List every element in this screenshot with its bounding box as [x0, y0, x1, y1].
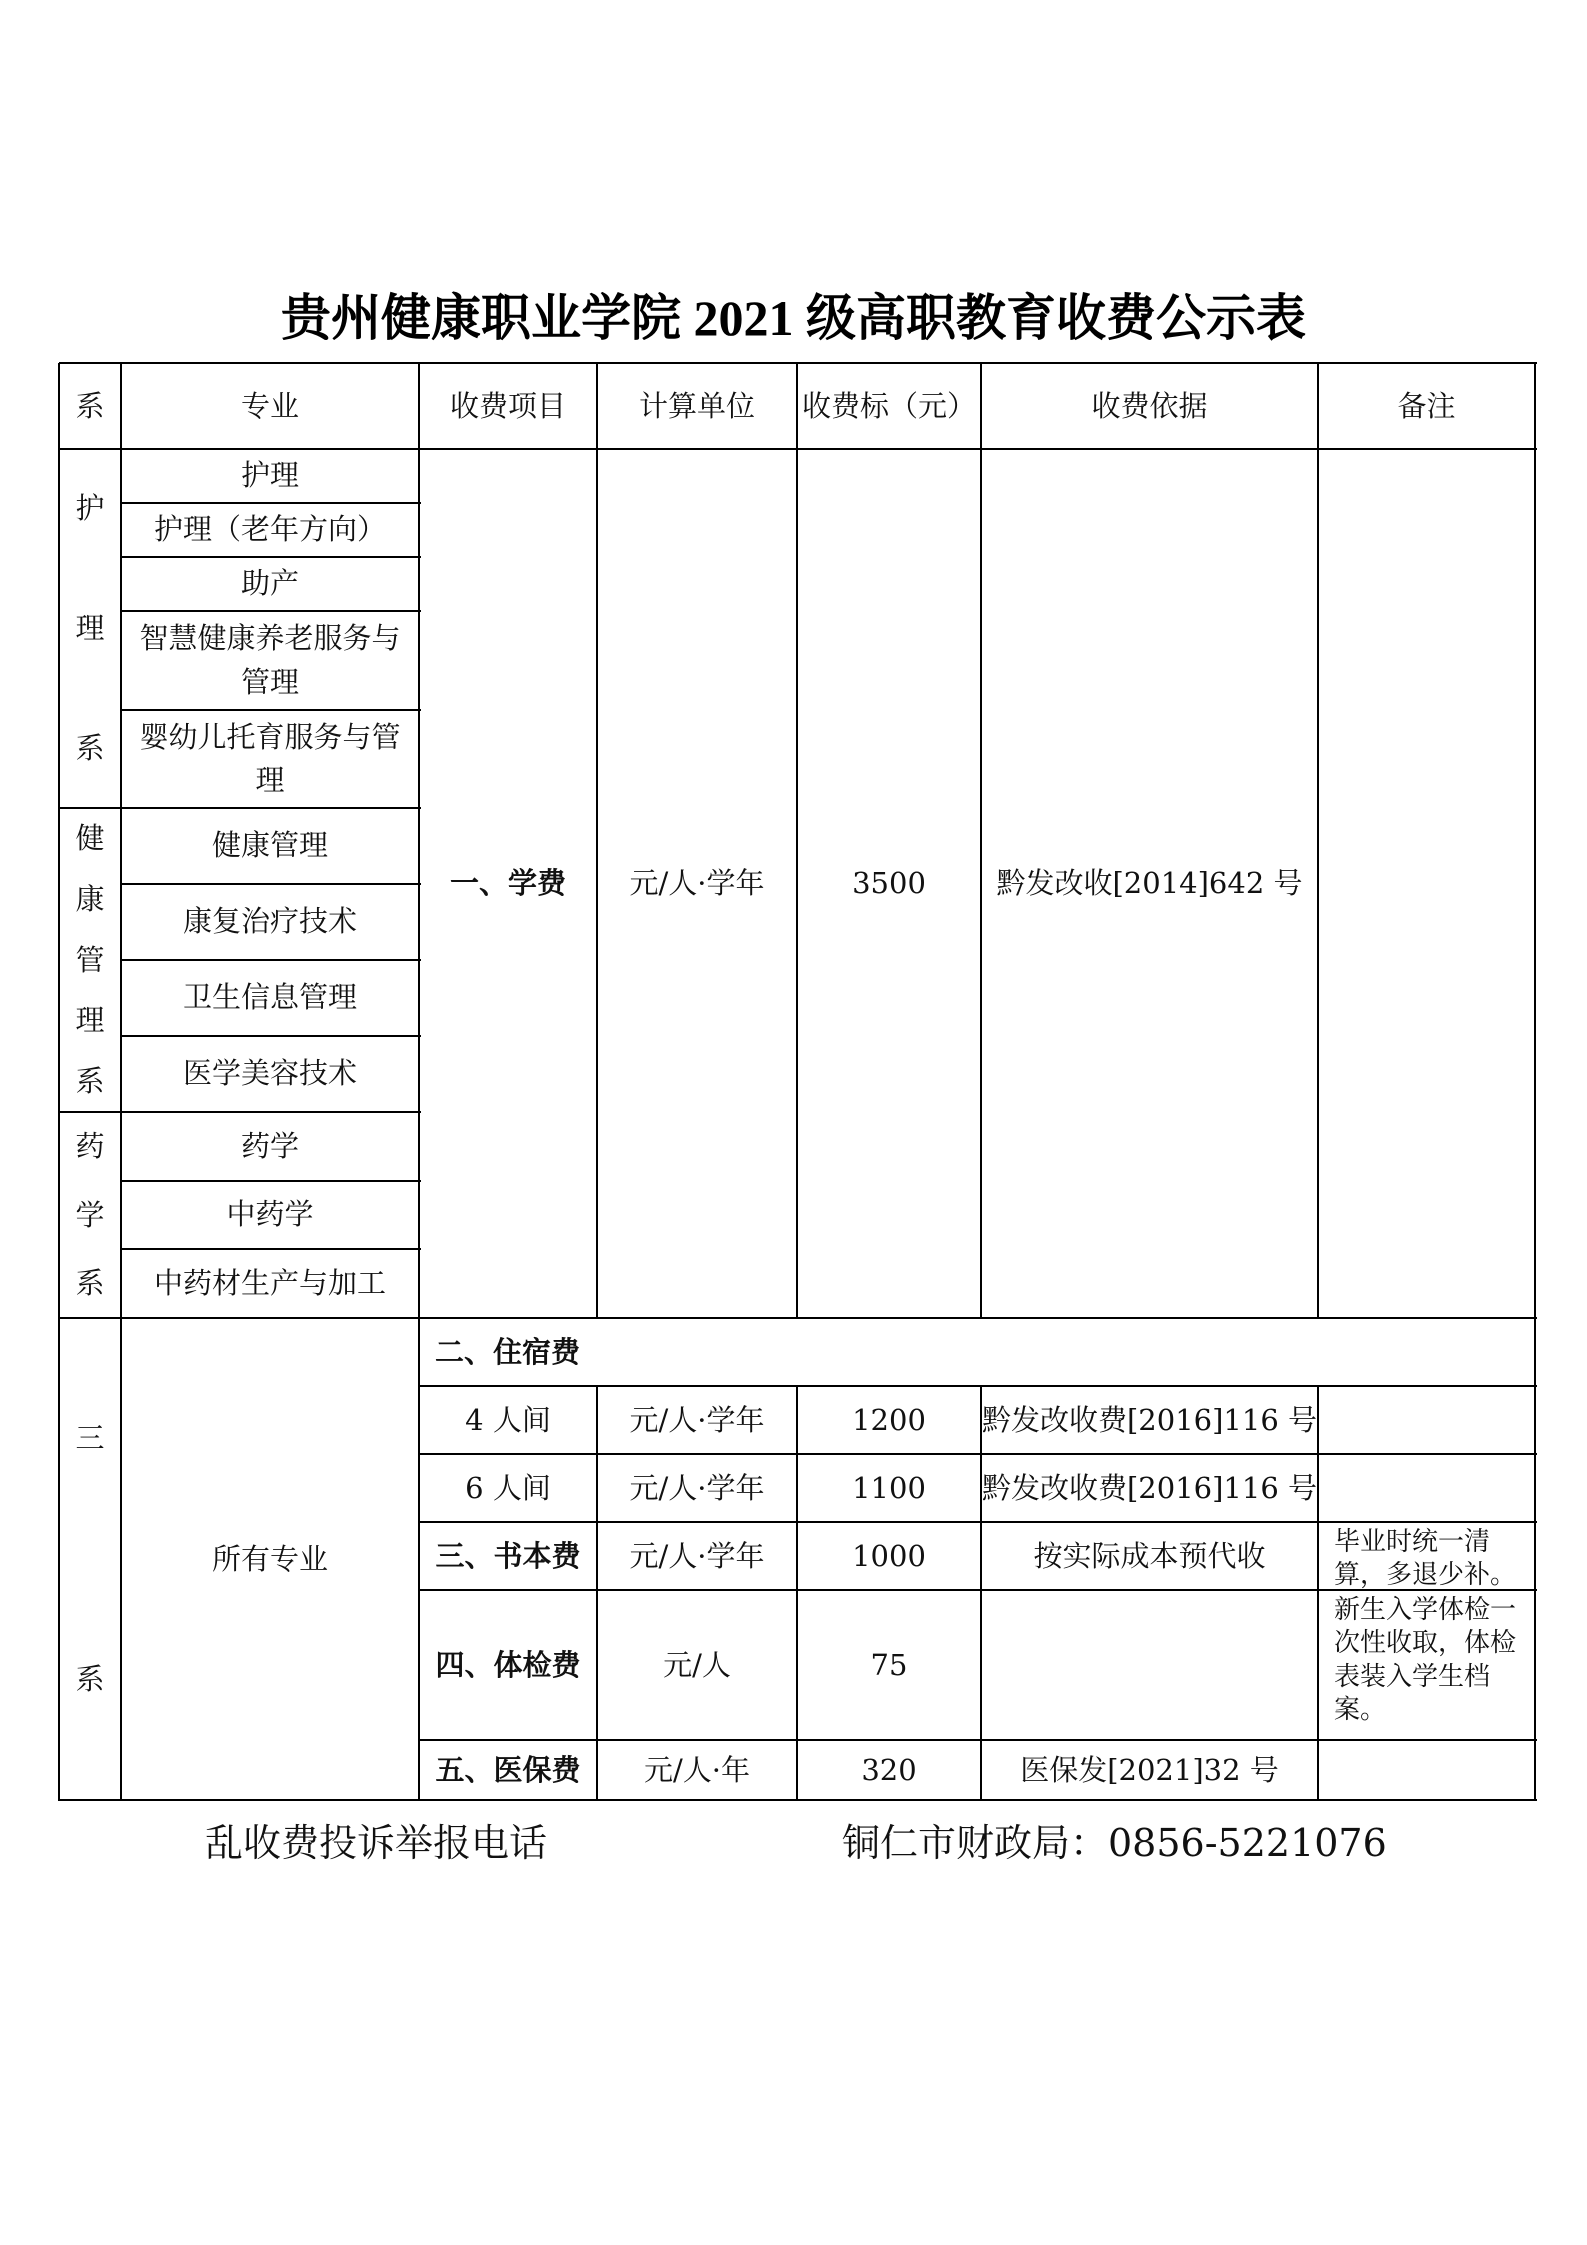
column-header: 专业 [121, 363, 419, 449]
fee-amount: 1000 [797, 1522, 981, 1590]
fee-item: 6 人间 [419, 1454, 597, 1522]
table-rule [121, 883, 421, 885]
column-header: 计算单位 [597, 363, 797, 449]
department-char: 学 [75, 1198, 104, 1233]
column-header: 收费标（元） [797, 363, 981, 449]
fee-unit: 元/人·学年 [597, 449, 797, 1318]
column-header: 收费项目 [419, 363, 597, 449]
fee-basis: 黔发改收费[2016]116 号 [981, 1386, 1318, 1454]
major-name: 助产 [121, 557, 419, 611]
major-name: 康复治疗技术 [121, 884, 419, 960]
fee-basis: 黔发改收费[2016]116 号 [981, 1454, 1318, 1522]
department-name: 护理系 [59, 449, 121, 808]
major-name: 健康管理 [121, 808, 419, 884]
table-rule [796, 363, 798, 1319]
fee-note [1318, 1386, 1535, 1454]
major-name: 智慧健康养老服务与管理 [121, 611, 419, 710]
major-name: 药学 [121, 1112, 419, 1181]
fee-amount: 1200 [797, 1386, 981, 1454]
fee-basis [981, 1590, 1318, 1740]
major-name: 护理（老年方向） [121, 503, 419, 557]
table-rule [59, 362, 1537, 364]
table-rule [980, 363, 982, 1319]
complaint-contact: 铜仁市财政局：0856-5221076 [842, 1812, 1387, 1867]
fee-item: 四、体检费 [419, 1590, 597, 1740]
table-rule [121, 610, 421, 612]
fee-unit: 元/人·学年 [597, 1386, 797, 1454]
table-rule [121, 1248, 421, 1250]
column-header: 备注 [1318, 363, 1535, 449]
fee-item: 一、学费 [419, 449, 597, 1318]
fee-unit: 元/人·学年 [597, 1454, 797, 1522]
department-char: 三 [75, 1421, 104, 1456]
table-rule [59, 807, 123, 809]
fee-amount: 75 [797, 1590, 981, 1740]
table-rule [596, 363, 598, 1319]
table-rule [121, 807, 421, 809]
table-rule [1317, 363, 1319, 1319]
table-rule [121, 959, 421, 961]
table-rule [1317, 1386, 1319, 1801]
major-name: 中药学 [121, 1181, 419, 1249]
fee-note: 毕业时统一清算，多退少补。 [1318, 1522, 1535, 1590]
fee-item: 三、书本费 [419, 1522, 597, 1590]
department-char: 系 [75, 1662, 104, 1697]
fee-basis: 医保发[2021]32 号 [981, 1740, 1318, 1800]
department-char: 理 [75, 611, 104, 646]
table-rule [596, 1386, 598, 1801]
column-header: 收费依据 [981, 363, 1318, 449]
table-rule [121, 1111, 421, 1113]
major-name: 卫生信息管理 [121, 960, 419, 1036]
major-name: 中药材生产与加工 [121, 1249, 419, 1318]
table-rule [59, 1317, 1537, 1319]
table-rule [419, 1589, 1537, 1591]
table-rule [121, 1035, 421, 1037]
fee-item: 4 人间 [419, 1386, 597, 1454]
table-rule [121, 1180, 421, 1182]
table-rule [1534, 363, 1536, 1801]
table-rule [121, 556, 421, 558]
fee-amount: 3500 [797, 449, 981, 1318]
table-rule [59, 1111, 123, 1113]
department-name: 三系 [59, 1318, 121, 1800]
table-rule [121, 502, 421, 504]
major-name: 护理 [121, 449, 419, 503]
department-char: 康 [75, 882, 104, 917]
table-rule [120, 363, 122, 1801]
department-char: 健 [75, 821, 104, 856]
fee-amount: 1100 [797, 1454, 981, 1522]
fee-unit: 元/人·年 [597, 1740, 797, 1800]
department-char: 理 [75, 1003, 104, 1038]
department-char: 系 [75, 1064, 104, 1099]
fee-note: 新生入学体检一次性收取，体检表装入学生档案。 [1318, 1590, 1535, 1740]
table-rule [419, 1385, 1537, 1387]
department-char: 系 [75, 731, 104, 766]
department-char: 药 [75, 1129, 104, 1164]
table-rule [796, 1386, 798, 1801]
table-rule [59, 448, 1537, 450]
table-rule [58, 363, 60, 1801]
department-char: 护 [75, 491, 104, 526]
table-rule [419, 1453, 1537, 1455]
fee-unit: 元/人 [597, 1590, 797, 1740]
accommodation-header: 二、住宿费 [419, 1318, 1535, 1386]
major-name: 所有专业 [121, 1318, 419, 1800]
fee-unit: 元/人·学年 [597, 1522, 797, 1590]
fee-note [1318, 449, 1535, 1318]
page-title: 贵州健康职业学院 2021 级高职教育收费公示表 [0, 278, 1587, 350]
fee-basis: 按实际成本预代收 [981, 1522, 1318, 1590]
complaint-label: 乱收费投诉举报电话 [205, 1812, 547, 1867]
department-char: 管 [75, 943, 104, 978]
fee-item: 五、医保费 [419, 1740, 597, 1800]
major-name: 婴幼儿托育服务与管理 [121, 710, 419, 808]
table-rule [418, 363, 420, 1801]
fee-note [1318, 1454, 1535, 1522]
table-rule [121, 709, 421, 711]
table-rule [980, 1386, 982, 1801]
fee-note [1318, 1740, 1535, 1800]
fee-amount: 320 [797, 1740, 981, 1800]
table-rule [419, 1521, 1537, 1523]
table-rule [59, 1799, 1537, 1801]
fee-basis: 黔发改收[2014]642 号 [981, 449, 1318, 1318]
department-name: 健康管理系 [59, 808, 121, 1112]
table-rule [419, 1739, 1537, 1741]
major-name: 医学美容技术 [121, 1036, 419, 1112]
